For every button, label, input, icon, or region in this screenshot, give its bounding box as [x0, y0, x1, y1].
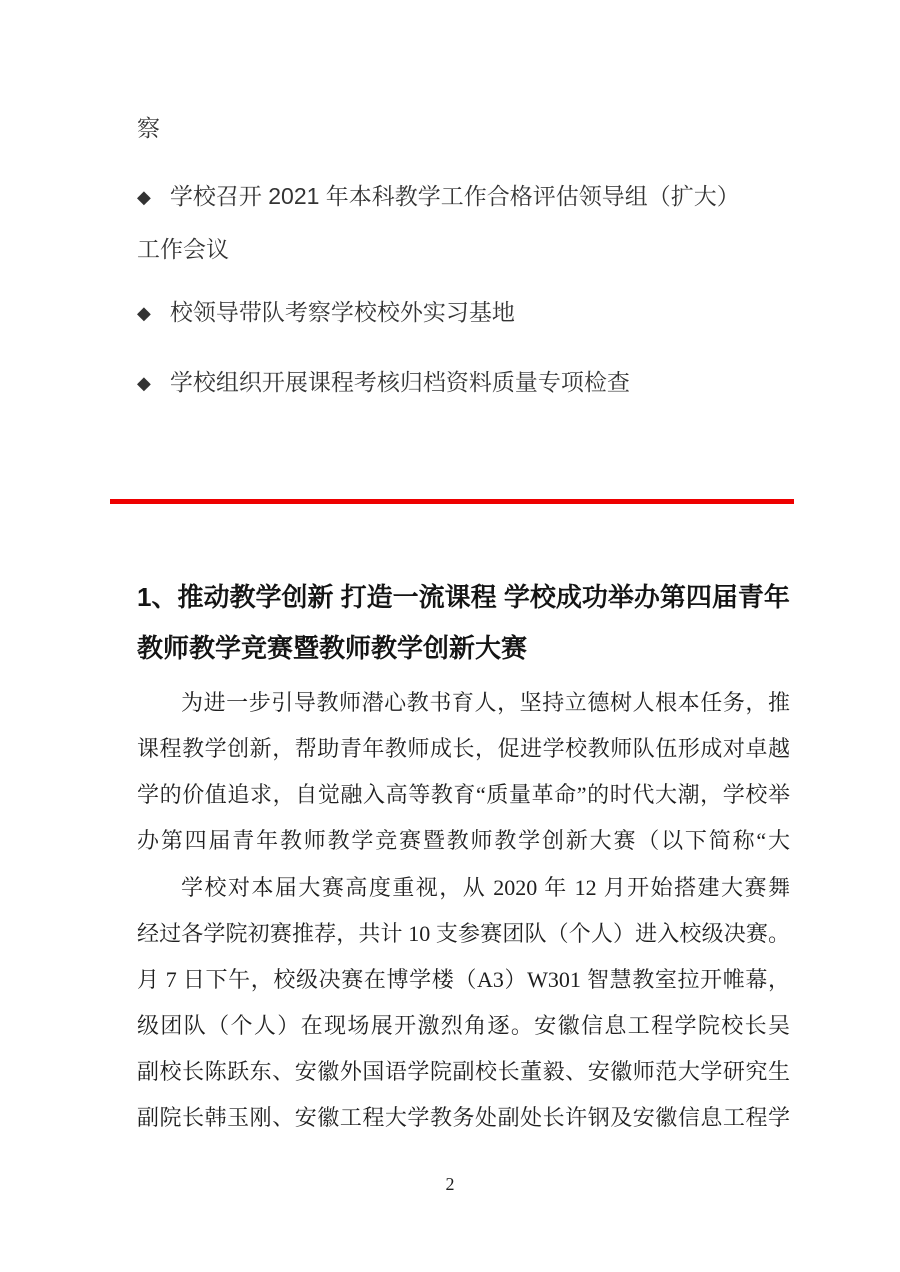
diamond-bullet-icon: ◆ [137, 367, 151, 399]
list-item-1: ◆学校召开 2021 年本科教学工作合格评估领导组（扩大） [137, 180, 793, 212]
list-continuation-line: 察 [137, 112, 793, 144]
document-page: 察 ◆学校召开 2021 年本科教学工作合格评估领导组（扩大） 工作会议 ◆校领… [0, 0, 900, 1272]
list-item-1-text: 学校召开 2021 年本科教学工作合格评估领导组（扩大） [170, 183, 740, 209]
list-item-3-text: 学校组织开展课程考核归档资料质量专项检查 [170, 369, 630, 395]
paragraph-1-line: 课程教学创新，帮助青年教师成长，促进学校教师队伍形成对卓越教 [137, 733, 790, 765]
paragraph-2-line: 副校长陈跃东、安徽外国语学院副校长董毅、安徽师范大学研究生院 [137, 1056, 790, 1088]
paragraph-2-line: 学校对本届大赛高度重视，从 2020 年 12 月开始搭建大赛舞台， [137, 872, 790, 904]
paragraph-1-line: 为进一步引导教师潜心教书育人，坚持立德树人根本任务，推动 [137, 687, 790, 719]
paragraph-2-line: 级团队（个人）在现场展开激烈角逐。安徽信息工程学院校长吴敏、 [137, 1010, 790, 1042]
list-item-3: ◆学校组织开展课程考核归档资料质量专项检查 [137, 366, 793, 398]
list-item-2: ◆校领导带队考察学校校外实习基地 [137, 296, 793, 328]
article-heading-line-2: 教师教学竞赛暨教师教学创新大赛 [137, 629, 817, 667]
page-number: 2 [0, 1174, 900, 1195]
paragraph-1-line: 办第四届青年教师教学竞赛暨教师教学创新大赛（以下简称“大赛”）。 [137, 825, 790, 857]
paragraph-2-line: 副院长韩玉刚、安徽工程大学教务处副处长许钢及安徽信息工程学院 [137, 1102, 790, 1134]
diamond-bullet-icon: ◆ [137, 181, 151, 213]
paragraph-2-line: 经过各学院初赛推荐，共计 10 支参赛团队（个人）进入校级决赛。4 [137, 918, 790, 950]
diamond-bullet-icon: ◆ [137, 297, 151, 329]
article-heading-line-1: 1、推动教学创新 打造一流课程 学校成功举办第四届青年 [137, 578, 817, 616]
red-divider-line [110, 499, 794, 504]
list-item-1-wrap: 工作会议 [137, 233, 793, 265]
paragraph-1-line: 学的价值追求，自觉融入高等教育“质量革命”的时代大潮，学校举 [137, 779, 790, 811]
list-item-2-text: 校领导带队考察学校校外实习基地 [170, 299, 515, 325]
paragraph-2-line: 月 7 日下午，校级决赛在博学楼（A3）W301 智慧教室拉开帷幕，晋 [137, 964, 790, 996]
